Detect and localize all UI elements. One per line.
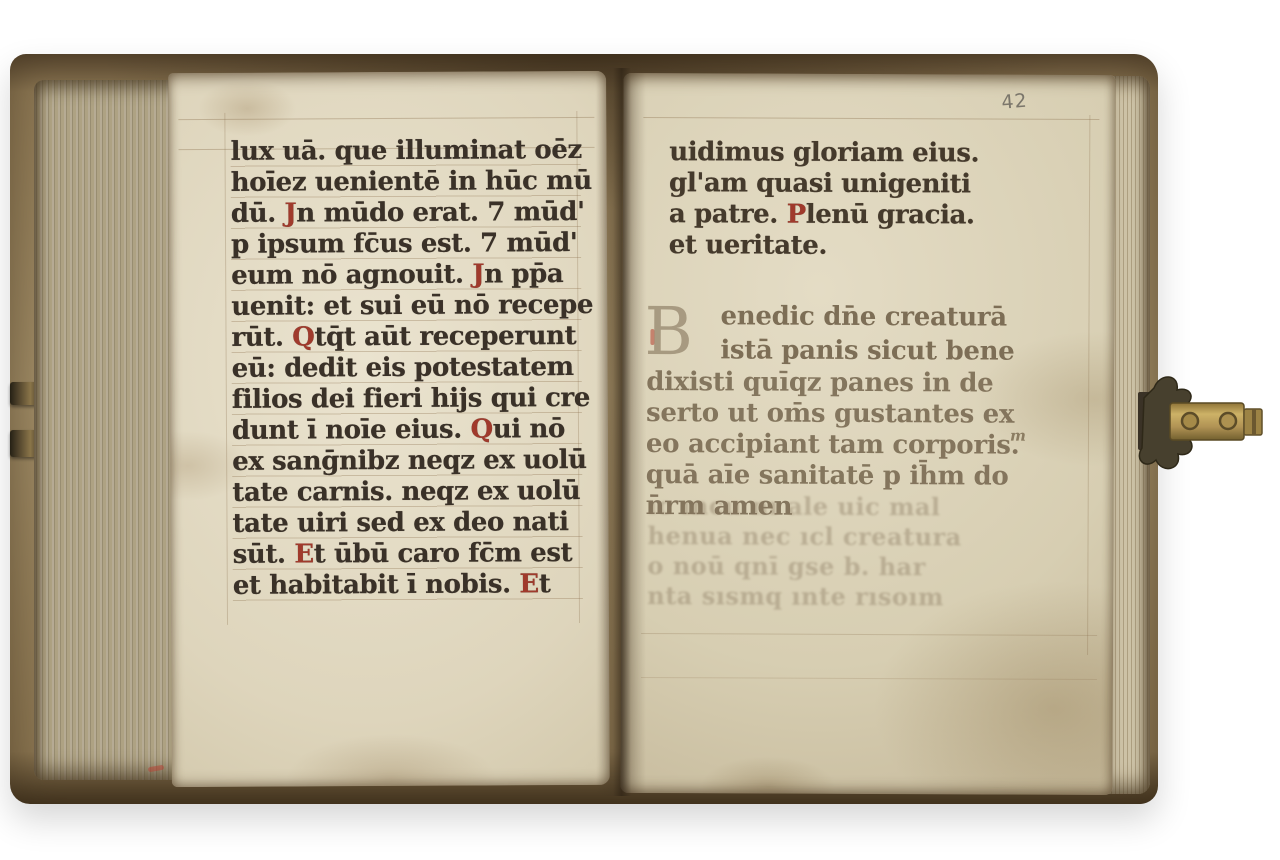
initial-red-mark	[650, 329, 654, 345]
manuscript-line: tate uiri sed ex deo nati	[232, 507, 582, 540]
manuscript-photo: lux uā. que illuminat oēzhoīez uenientē …	[0, 0, 1280, 860]
ruling-line	[641, 633, 1097, 636]
brass-clasp	[1124, 366, 1274, 474]
manuscript-line: istā panis sicut bene	[720, 333, 1090, 369]
rubricated-letter: J	[472, 259, 484, 289]
marginal-note: m	[1010, 427, 1026, 445]
left-fore-edge-pages	[34, 80, 184, 780]
clasp-rivet-right	[1220, 413, 1236, 429]
manuscript-line: nta sısmq ınte rısoım	[647, 581, 1077, 613]
paragraph-2-indented-lines: enedic dn̄e creaturāistā panis sicut ben…	[720, 299, 1090, 369]
manuscript-line: et habitabit ī nobis. Et	[233, 569, 583, 602]
ruling-line	[641, 677, 1097, 680]
clasp-tab-groove	[1252, 409, 1256, 435]
manuscript-line: hoīez uenientē in hūc mū	[231, 166, 581, 199]
show-through-ghost-text: ıc ıncu nı ale uic malhenua nec ıcl crea…	[647, 491, 1078, 613]
rubricated-letter: P	[787, 200, 806, 230]
ruling-line	[224, 113, 228, 625]
ruling-line	[178, 117, 594, 120]
manuscript-line: p ipsum fc̄us est. 7 mūd'	[231, 228, 581, 261]
left-page-text: lux uā. que illuminat oēzhoīez uenientē …	[230, 135, 582, 602]
manuscript-line: filios dei fieri hijs qui cre	[232, 383, 582, 416]
manuscript-line: quā aīe sanitatē p ih̄m do	[646, 460, 1090, 493]
manuscript-line: et ueritate.	[669, 230, 1069, 263]
manuscript-line: gl'am quasi unigeniti	[669, 168, 1069, 201]
ruling-line	[643, 117, 1099, 120]
folio-number: 42	[1001, 90, 1029, 114]
manuscript-line: a patre. Plenū gracia.	[669, 199, 1069, 232]
manuscript-line: uenit: et sui eū nō recepe	[231, 290, 581, 323]
book-cover: lux uā. que illuminat oēzhoīez uenientē …	[10, 54, 1158, 804]
rubricated-letter: J	[284, 198, 296, 228]
left-page: lux uā. que illuminat oēzhoīez uenientē …	[168, 71, 610, 787]
rubricated-letter: E	[294, 539, 314, 569]
clasp-rivet-left	[1182, 413, 1198, 429]
rubricated-letter: Q	[292, 322, 314, 352]
rubricated-letter: E	[519, 569, 539, 599]
manuscript-line: enedic dn̄e creaturā	[720, 299, 1090, 335]
manuscript-line: dū. Jn mūdo erat. 7 mūd'	[231, 197, 581, 230]
manuscript-line: uidimus gloriam eius.	[669, 137, 1069, 170]
right-page-paragraph-1: uidimus gloriam eius.gl'am quasi unigeni…	[669, 137, 1070, 263]
manuscript-line: sūt. Et ūbū caro fc̄m est	[233, 538, 583, 571]
manuscript-line: o noū qnī gse b. har	[647, 551, 1077, 583]
manuscript-line: eum nō agnouit. Jn pp̄a	[231, 259, 581, 292]
manuscript-line: dunt ī noīe eius. Qui nō	[232, 414, 582, 447]
manuscript-line: henua nec ıcl creatura	[647, 521, 1077, 553]
manuscript-line: dixisti quīqz panes in de	[646, 367, 1090, 400]
manuscript-line: ex sanḡnibz neqz ex uolū	[232, 445, 582, 478]
manuscript-line: eū: dedit eis potestatem	[232, 352, 582, 385]
manuscript-line: rūt. Qtq̄t aūt receperunt	[231, 321, 581, 354]
right-page-paragraph-2: B enedic dn̄e creaturāistā panis sicut b…	[640, 299, 1091, 524]
gutter-shadow	[596, 68, 646, 796]
manuscript-line: lux uā. que illuminat oēz	[230, 135, 580, 168]
manuscript-line: ıc ıncu nı ale uic mal	[648, 491, 1078, 523]
manuscript-line: tate carnis. neqz ex uolū	[232, 476, 582, 509]
rubricated-letter: Q	[470, 414, 492, 444]
right-page: 42 uidimus gloriam eius.gl'am quasi unig…	[620, 73, 1115, 795]
